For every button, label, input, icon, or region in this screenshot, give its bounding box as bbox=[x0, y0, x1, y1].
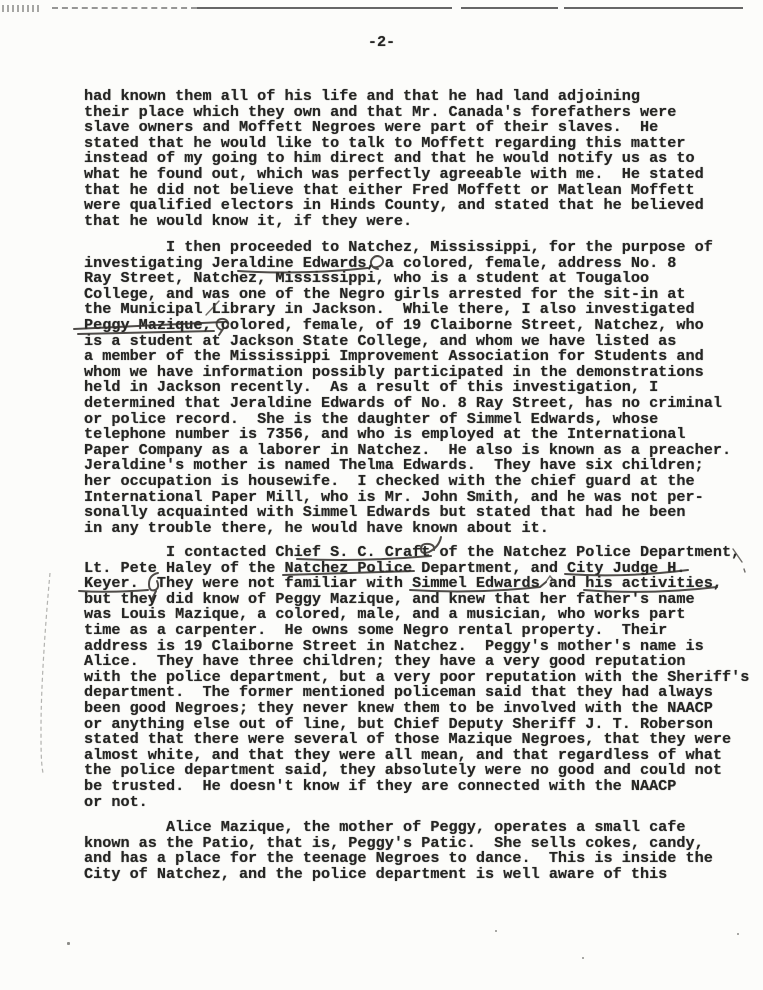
scan-edge-gap bbox=[558, 6, 564, 10]
left-margin-fold-line bbox=[41, 573, 50, 773]
scan-edge-gap bbox=[452, 6, 461, 10]
paragraph-alice-mazique-cafe: Alice Mazique, the mother of Peggy, oper… bbox=[84, 820, 713, 882]
scan-speck bbox=[495, 930, 497, 932]
scan-speck bbox=[582, 957, 584, 959]
scan-edge-line bbox=[197, 7, 743, 9]
paragraph-moffett-canada: had known them all of his life and that … bbox=[84, 89, 704, 229]
scan-smudge-top-left bbox=[2, 5, 40, 12]
document-page: -2- had known them all of his life and t… bbox=[0, 0, 763, 990]
page-number: -2- bbox=[0, 33, 763, 51]
scan-speck bbox=[67, 942, 70, 945]
scan-speck bbox=[737, 933, 739, 935]
scan-edge-dashed-line bbox=[52, 7, 197, 9]
paragraph-natchez-investigation: I then proceeded to Natchez, Mississippi… bbox=[84, 240, 731, 536]
paragraph-police-contacts: I contacted Chief S. C. Craft of the Nat… bbox=[84, 545, 749, 810]
